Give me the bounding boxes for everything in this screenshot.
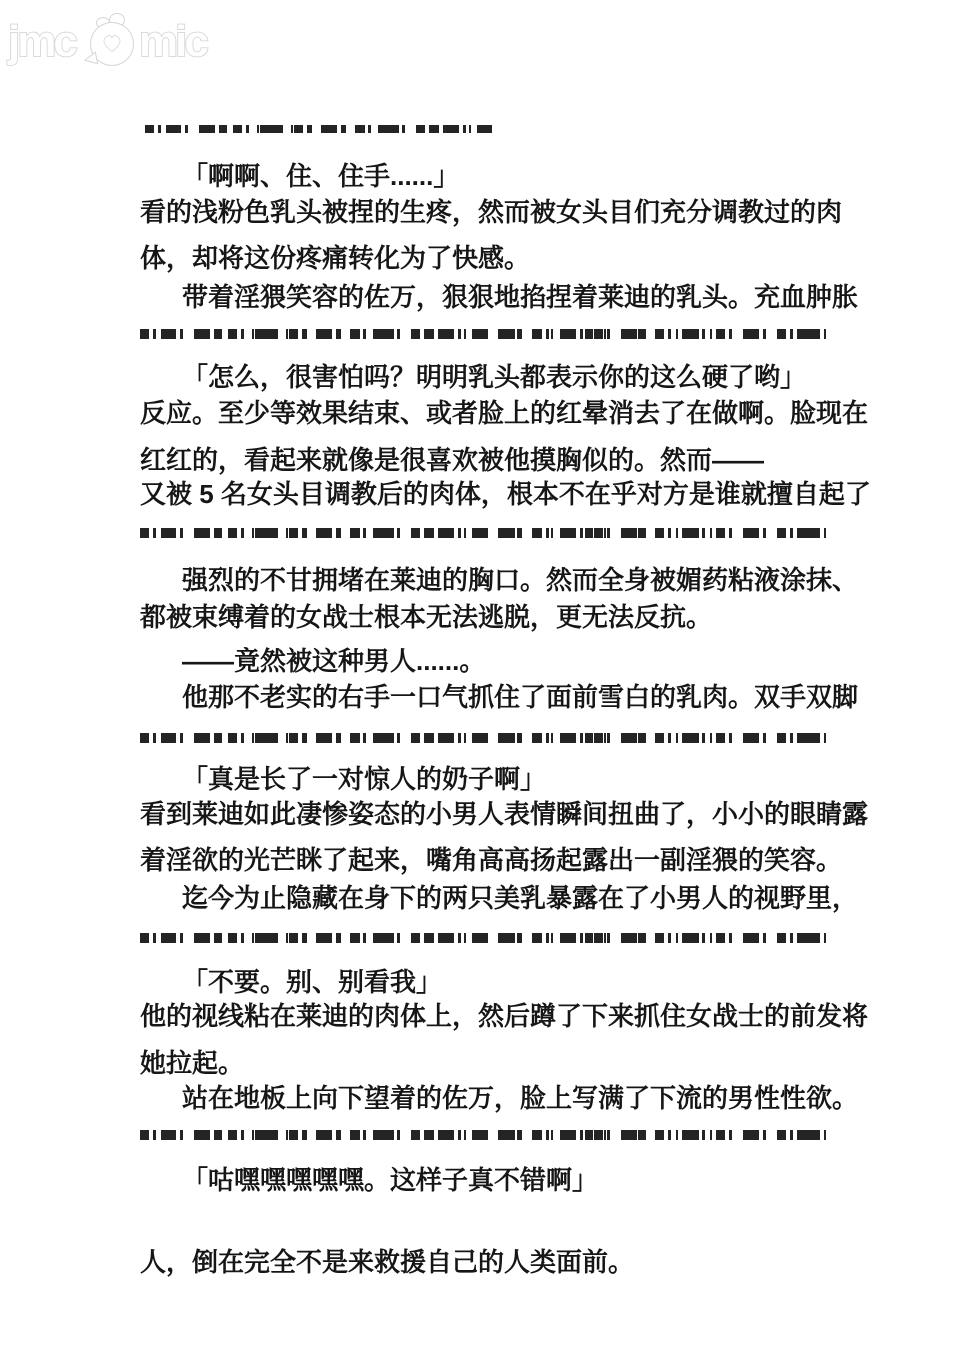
body-line: 他那不老实的右手一口气抓住了面前雪白的乳肉。双手双脚 xyxy=(140,681,892,713)
body-line: 人，倒在完全不是来救援自己的人类面前。 xyxy=(140,1246,850,1278)
dialogue-line: 「咕嘿嘿嘿嘿嘿。这样子真不错啊」 xyxy=(140,1164,892,1196)
body-line: 又被 5 名女头目调教后的肉体，根本不在乎对方是谁就擅自起了 xyxy=(140,478,850,510)
clipped-text-artifact xyxy=(145,125,492,133)
dialogue-line: 「真是长了一对惊人的奶子啊」 xyxy=(140,763,892,795)
body-line: 看到莱迪如此凄惨姿态的小男人表情瞬间扭曲了，小小的眼睛露 xyxy=(140,798,850,830)
body-line: ——竟然被这种男人......。 xyxy=(140,645,892,677)
body-line: 站在地板上向下望着的佐万，脸上写满了下流的男性性欲。 xyxy=(140,1082,892,1114)
dialogue-line: 「啊啊、住、住手......」 xyxy=(140,160,892,192)
jmcomic-logo-art: jmc mic xyxy=(6,10,218,70)
clipped-text-artifact xyxy=(140,733,826,743)
jmcomic-logo: jmc mic xyxy=(6,10,218,70)
body-line: 红红的，看起来就像是很喜欢被他摸胸似的。然而—— xyxy=(140,444,850,476)
body-line: 看的浅粉色乳头被捏的生疼，然而被女头目们充分调教过的肉 xyxy=(140,196,850,228)
body-line: 都被束缚着的女战士根本无法逃脱，更无法反抗。 xyxy=(140,601,850,633)
body-line: 反应。至少等效果结束、或者脸上的红晕消去了在做啊。脸现在 xyxy=(140,397,850,429)
body-line: 带着淫猥笑容的佐万，狠狠地掐捏着莱迪的乳头。充血肿胀 xyxy=(140,281,892,313)
novel-text-page: jmc mic 「啊啊、住、住手......」看的浅粉色乳头被捏的生疼，然而被女… xyxy=(0,0,960,1358)
clipped-text-artifact xyxy=(140,329,826,339)
dialogue-line: 「不要。别、别看我」 xyxy=(140,966,892,998)
body-line: 体，却将这份疼痛转化为了快感。 xyxy=(140,242,850,274)
clipped-text-artifact xyxy=(140,1130,826,1140)
body-line: 她拉起。 xyxy=(140,1047,850,1079)
body-line: 他的视线粘在莱迪的肉体上，然后蹲了下来抓住女战士的前发将 xyxy=(140,1000,850,1032)
body-line: 迄今为止隐藏在身下的两只美乳暴露在了小男人的视野里， xyxy=(140,882,892,914)
body-line: 着淫欲的光芒眯了起来，嘴角高高扬起露出一副淫猥的笑容。 xyxy=(140,844,850,876)
logo-text-mic: mic xyxy=(139,17,208,66)
bird-beak-icon xyxy=(86,53,97,63)
logo-text-jmc: jmc xyxy=(7,17,77,66)
dialogue-line: 「怎么，很害怕吗？明明乳头都表示你的这么硬了哟」 xyxy=(140,361,892,393)
clipped-text-artifact xyxy=(140,933,826,943)
body-line: 强烈的不甘拥堵在莱迪的胸口。然而全身被媚药粘液涂抹、 xyxy=(140,564,892,596)
clipped-text-artifact xyxy=(140,528,826,538)
